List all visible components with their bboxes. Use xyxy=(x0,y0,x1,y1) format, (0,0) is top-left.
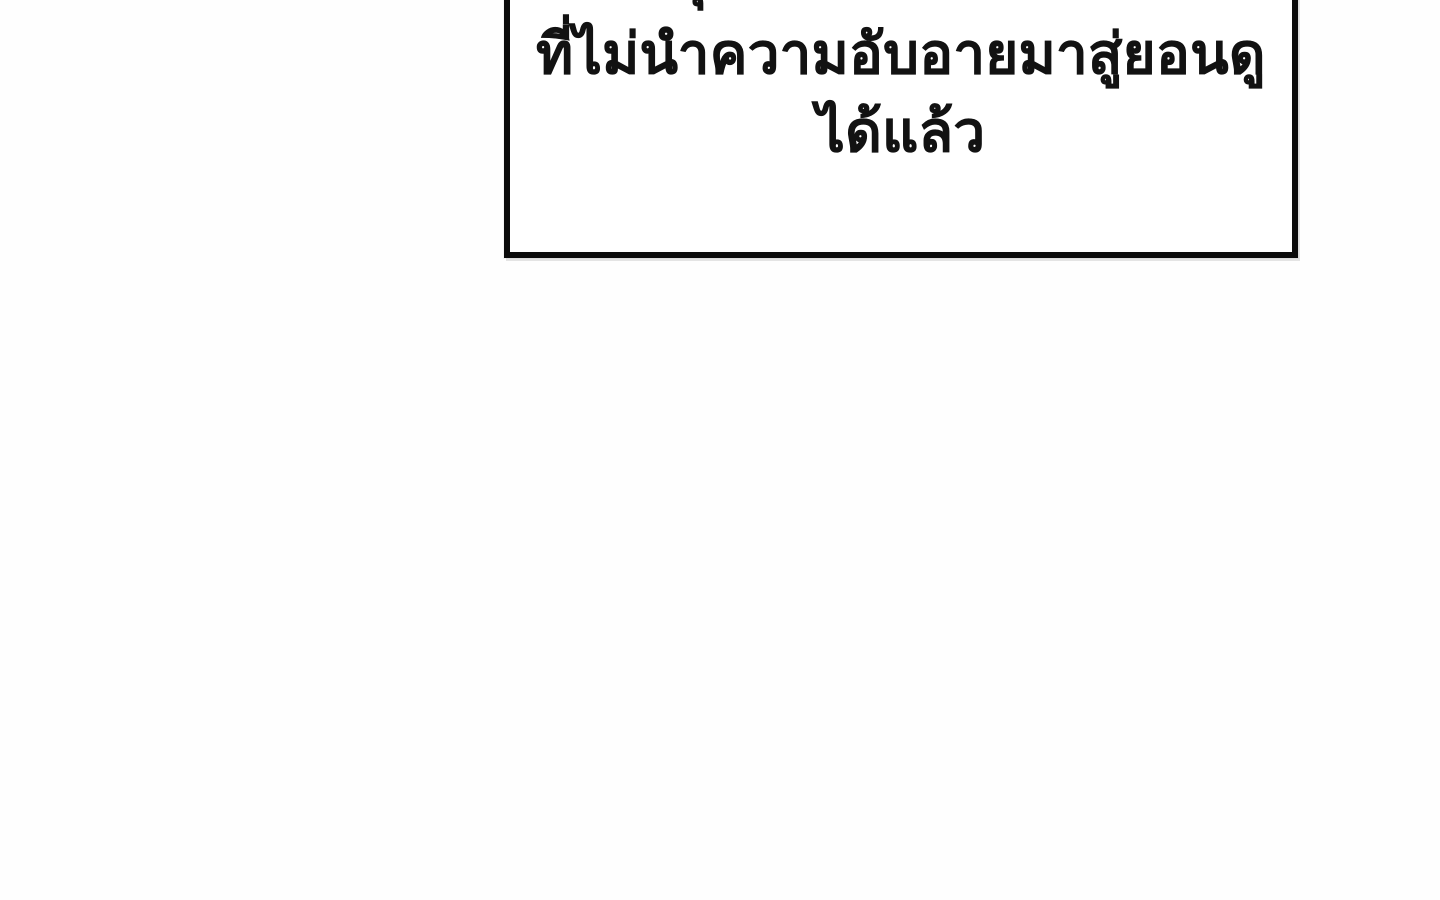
caption-line-2: ที่ไม่นำความอับอายมาสู่ยอนดู xyxy=(510,16,1292,94)
comic-page: ในที่สุดเธอก็สามารถเป็นพ่อ ที่ไม่นำความอ… xyxy=(0,0,1440,900)
caption-box: ในที่สุดเธอก็สามารถเป็นพ่อ ที่ไม่นำความอ… xyxy=(504,0,1298,258)
caption-line-3: ได้แล้ว xyxy=(510,94,1292,172)
caption-text: ในที่สุดเธอก็สามารถเป็นพ่อ ที่ไม่นำความอ… xyxy=(510,0,1292,172)
caption-line-1: ในที่สุดเธอก็สามารถเป็นพ่อ xyxy=(510,0,1292,16)
